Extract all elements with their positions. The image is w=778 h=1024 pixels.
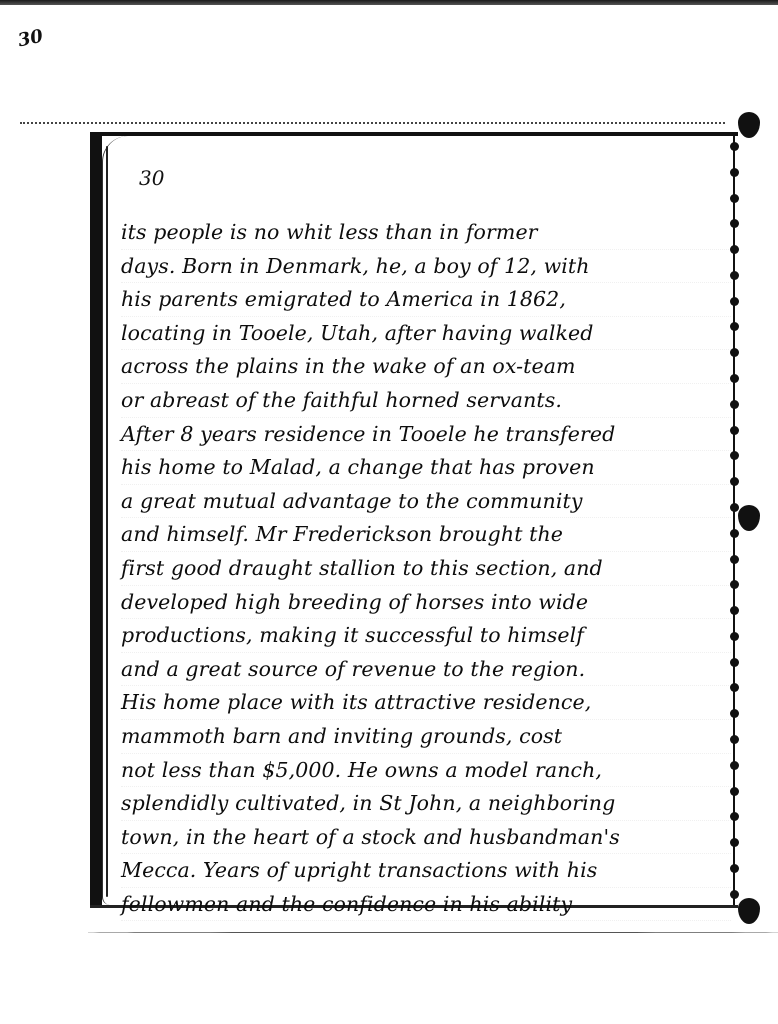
spiral-ring-icon [730, 271, 739, 280]
spiral-ring-icon [730, 245, 739, 254]
spiral-ring-icon [730, 683, 739, 692]
text-line: and a great source of revenue to the reg… [121, 653, 731, 687]
spiral-ring-icon [730, 400, 739, 409]
spiral-ring-icon [730, 503, 739, 512]
spiral-ring-icon [730, 374, 739, 383]
text-line: first good draught stallion to this sect… [121, 552, 731, 586]
spiral-ring-icon [730, 451, 739, 460]
text-line: mammoth barn and inviting grounds, cost [121, 720, 731, 754]
scan-top-edge [0, 0, 778, 5]
spiral-ring-icon [730, 890, 739, 899]
spiral-ring-icon [730, 322, 739, 331]
spiral-binding [726, 136, 742, 905]
spiral-ring-icon [730, 787, 739, 796]
notebook-page: 30 its people is no whit less than in fo… [102, 136, 728, 905]
text-line: developed high breeding of horses into w… [121, 586, 731, 620]
spiral-ring-icon [730, 864, 739, 873]
margin-page-number: 30 [16, 26, 45, 52]
spiral-ring-icon [730, 761, 739, 770]
spiral-ring-icon [730, 658, 739, 667]
text-line: town, in the heart of a stock and husban… [121, 821, 731, 855]
spiral-ring-icon [730, 838, 739, 847]
spiral-ring-icon [730, 735, 739, 744]
spiral-ring-icon [730, 477, 739, 486]
spiral-ring-icon [730, 529, 739, 538]
spiral-ring-icon [730, 219, 739, 228]
spiral-ring-icon [730, 426, 739, 435]
spiral-ring-icon [730, 632, 739, 641]
spiral-ring-icon [730, 709, 739, 718]
text-line: His home place with its attractive resid… [121, 686, 731, 720]
spiral-ring-icon [730, 194, 739, 203]
text-line: its people is no whit less than in forme… [121, 216, 731, 250]
spiral-clip-icon [738, 112, 760, 138]
text-line: Mecca. Years of upright transactions wit… [121, 854, 731, 888]
text-line: locating in Tooele, Utah, after having w… [121, 317, 731, 351]
text-line: or abreast of the faithful horned servan… [121, 384, 731, 418]
spiral-ring-icon [730, 348, 739, 357]
text-line: not less than $5,000. He owns a model ra… [121, 754, 731, 788]
spiral-ring-icon [730, 142, 739, 151]
text-line: across the plains in the wake of an ox-t… [121, 350, 731, 384]
text-line: days. Born in Denmark, he, a boy of 12, … [121, 250, 731, 284]
page-number: 30 [139, 166, 164, 190]
dotted-rule [20, 122, 725, 124]
notebook-binding [90, 136, 102, 905]
spiral-ring-icon [730, 297, 739, 306]
text-line: a great mutual advantage to the communit… [121, 485, 731, 519]
text-line: his home to Malad, a change that has pro… [121, 451, 731, 485]
text-line: his parents emigrated to America in 1862… [121, 283, 731, 317]
text-line: fellowmen and the confidence in his abil… [121, 888, 731, 922]
spiral-ring-icon [730, 555, 739, 564]
spiral-ring-icon [730, 168, 739, 177]
page-bottom-edge [88, 932, 778, 933]
text-line: productions, making it successful to him… [121, 619, 731, 653]
handwritten-text: its people is no whit less than in forme… [121, 216, 731, 921]
text-line: After 8 years residence in Tooele he tra… [121, 418, 731, 452]
spiral-ring-icon [730, 606, 739, 615]
text-line: and himself. Mr Frederickson brought the [121, 518, 731, 552]
notebook-page-frame: 30 its people is no whit less than in fo… [90, 132, 738, 908]
text-line: splendidly cultivated, in St John, a nei… [121, 787, 731, 821]
spiral-ring-icon [730, 580, 739, 589]
spiral-ring-icon [730, 812, 739, 821]
